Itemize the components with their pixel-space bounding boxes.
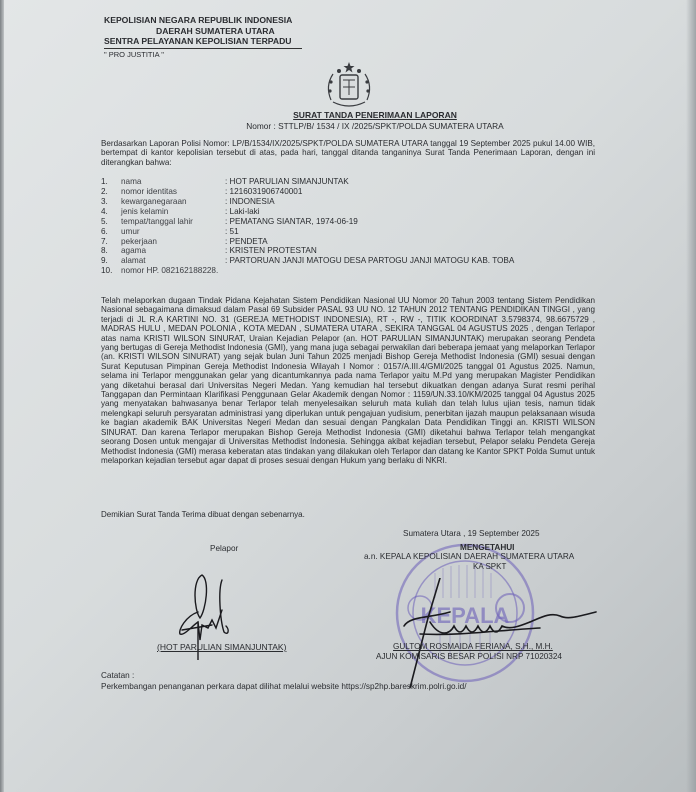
identity-row-number: 3. xyxy=(101,197,121,207)
letterhead-line-3: SENTRA PELAYANAN KEPOLISIAN TERPADU xyxy=(104,36,302,49)
identity-row-value: : PARTORUAN JANJI MATOGU DESA PARTOGU JA… xyxy=(225,256,514,266)
identity-row: 8.agama: KRISTEN PROTESTAN xyxy=(101,246,514,256)
identity-row-label: tempat/tanggal lahir xyxy=(121,217,225,227)
report-body-paragraph: Telah melaporkan dugaan Tindak Pidana Ke… xyxy=(101,296,595,465)
document-title-block: SURAT TANDA PENERIMAAN LAPORAN Nomor : S… xyxy=(225,110,525,131)
head-of-spkt: KA SPKT xyxy=(473,562,506,571)
reporter-label: Pelapor xyxy=(210,544,238,553)
identity-row-label: nama xyxy=(121,177,225,187)
identity-row-value: : Laki-laki xyxy=(225,207,260,217)
official-name: GULTOM ROSMAIDA FERIANA, S.H., M.H. xyxy=(393,642,553,651)
note-text: Perkembangan penanganan perkara dapat di… xyxy=(101,682,466,691)
identity-row-number: 10. xyxy=(101,266,121,276)
identity-row-value: : PENDETA xyxy=(225,237,268,247)
reporter-identity-list: 1.nama: HOT PARULIAN SIMANJUNTAK2.nomor … xyxy=(101,177,514,276)
identity-row-value: : HOT PARULIAN SIMANJUNTAK xyxy=(225,177,349,187)
identity-row-label: nomor HP. 082162188228. xyxy=(121,266,218,276)
identity-row-number: 8. xyxy=(101,246,121,256)
identity-row: 3.kewarganegaraan: INDONESIA xyxy=(101,197,514,207)
identity-row: 4.jenis kelamin: Laki-laki xyxy=(101,207,514,217)
identity-row: 5.tempat/tanggal lahir: PEMATANG SIANTAR… xyxy=(101,217,514,227)
reporter-name: (HOT PARULIAN SIMANJUNTAK) xyxy=(157,642,286,652)
identity-row-label: umur xyxy=(121,227,225,237)
official-signature-icon xyxy=(400,578,600,688)
identity-row-number: 2. xyxy=(101,187,121,197)
identity-row-label: nomor identitas xyxy=(121,187,225,197)
letterhead-line-1: KEPOLISIAN NEGARA REPUBLIK INDONESIA xyxy=(104,15,302,26)
identity-row-number: 6. xyxy=(101,227,121,237)
identity-row-value: : PEMATANG SIANTAR, 1974-06-19 xyxy=(225,217,358,227)
identity-row-value: : INDONESIA xyxy=(225,197,275,207)
identity-row: 2.nomor identitas: 1216031906740001 xyxy=(101,187,514,197)
identity-row-number: 4. xyxy=(101,207,121,217)
identity-row-number: 9. xyxy=(101,256,121,266)
identity-row-value: : 51 xyxy=(225,227,239,237)
identity-row-label: agama xyxy=(121,246,225,256)
identity-row-label: jenis kelamin xyxy=(121,207,225,217)
pro-justitia: " PRO JUSTITIA " xyxy=(104,50,164,59)
identity-row-value: : KRISTEN PROTESTAN xyxy=(225,246,317,256)
on-behalf-of-chief: a.n. KEPALA KEPOLISIAN DAERAH SUMATERA U… xyxy=(364,552,574,561)
paper-edge-left xyxy=(0,0,4,792)
letterhead: KEPOLISIAN NEGARA REPUBLIK INDONESIA DAE… xyxy=(104,15,302,49)
place-and-date: Sumatera Utara , 19 September 2025 xyxy=(403,529,540,538)
identity-row-label: alamat xyxy=(121,256,225,266)
identity-row-value: : 1216031906740001 xyxy=(225,187,302,197)
identity-row-number: 7. xyxy=(101,237,121,247)
closing-statement: Demikian Surat Tanda Terima dibuat denga… xyxy=(101,510,305,519)
police-emblem-icon xyxy=(321,60,377,110)
identity-row-label: pekerjaan xyxy=(121,237,225,247)
identity-row: 9.alamat: PARTORUAN JANJI MATOGU DESA PA… xyxy=(101,256,514,266)
official-rank: AJUN KOMISARIS BESAR POLISI NRP 71020324 xyxy=(376,652,562,661)
intro-paragraph: Berdasarkan Laporan Polisi Nomor: LP/B/1… xyxy=(101,139,595,167)
note-label: Catatan : xyxy=(101,671,134,680)
document-number: Nomor : STTLP/B/ 1534 / IX /2025/SPKT/PO… xyxy=(225,121,525,131)
identity-row: 6.umur: 51 xyxy=(101,226,514,236)
letterhead-line-2: DAERAH SUMATERA UTARA xyxy=(104,26,302,37)
document-title: SURAT TANDA PENERIMAAN LAPORAN xyxy=(225,110,525,120)
paper-edge-right xyxy=(686,0,696,792)
identity-row-number: 5. xyxy=(101,217,121,227)
identity-row: 10.nomor HP. 082162188228. xyxy=(101,266,514,276)
identity-row: 1.nama: HOT PARULIAN SIMANJUNTAK xyxy=(101,177,514,187)
identity-row: 7.pekerjaan: PENDETA xyxy=(101,236,514,246)
acknowledged-label: MENGETAHUI xyxy=(460,543,514,552)
identity-row-number: 1. xyxy=(101,177,121,187)
identity-row-label: kewarganegaraan xyxy=(121,197,225,207)
